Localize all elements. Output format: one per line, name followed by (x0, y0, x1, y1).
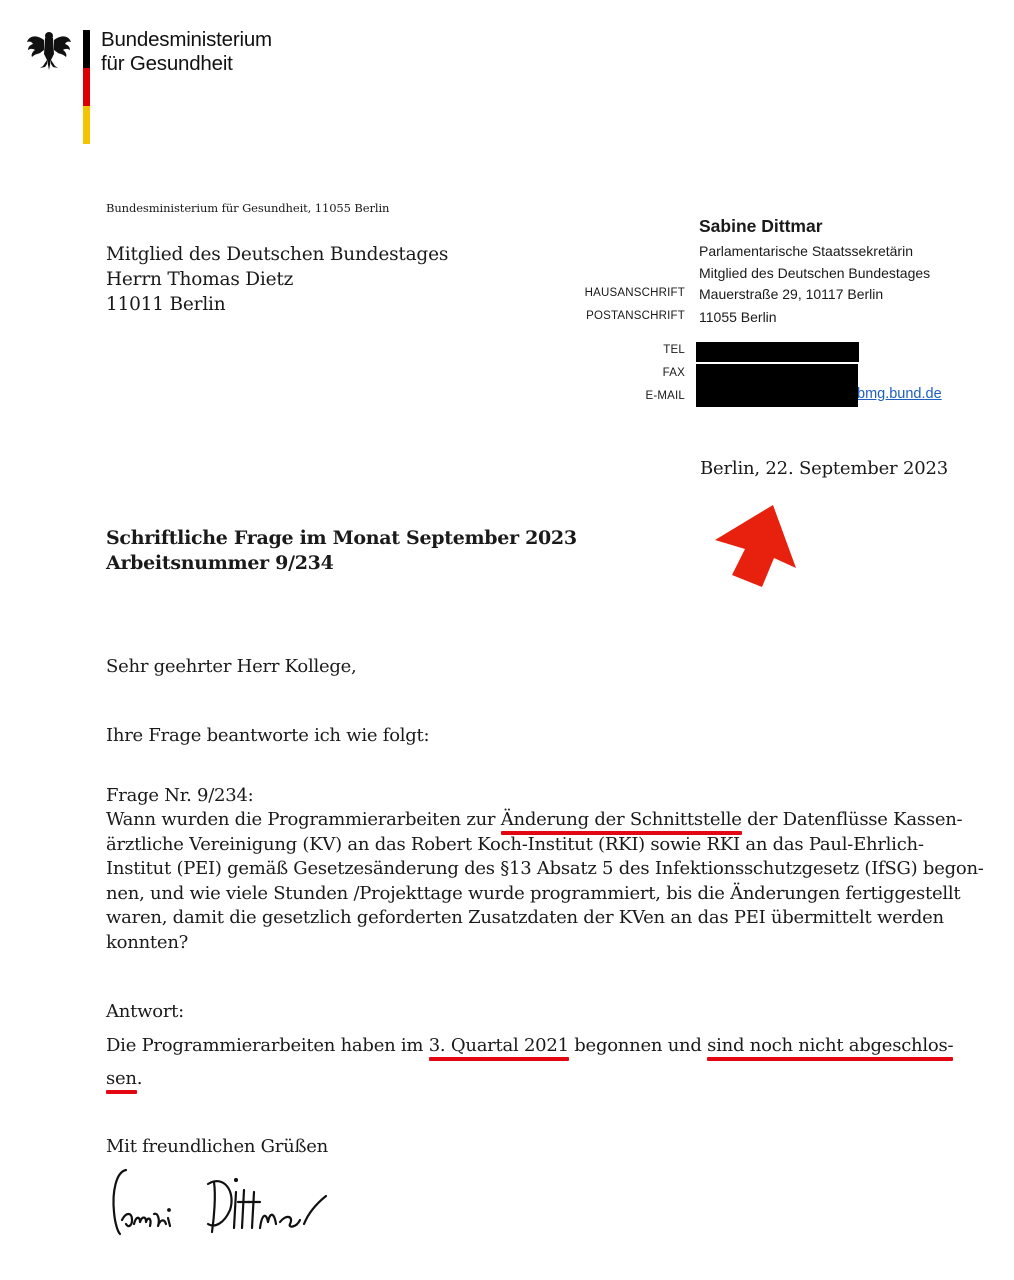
recipient-line: Herrn Thomas Dietz (106, 267, 448, 292)
answer-label: Antwort: (106, 1001, 184, 1022)
sender-name: Sabine Dittmar (699, 216, 823, 237)
text-run: Wann wurden die Programmierarbeiten zur (106, 809, 501, 830)
subject-line1: Schriftliche Frage im Monat September 20… (106, 526, 577, 551)
text-run: Die Programmierarbeiten haben im (106, 1035, 429, 1056)
question-line: Institut (PEI) gemäß Gesetzesänderung de… (106, 857, 976, 882)
tel-label: TEL (525, 344, 685, 356)
highlighted-phrase: 3. Quartal 2021 (429, 1035, 569, 1056)
postanschrift-value: 11055 Berlin (699, 307, 777, 327)
question-label: Frage Nr. 9/234: (106, 784, 253, 809)
intro-sentence: Ihre Frage beantworte ich wie folgt: (106, 725, 429, 746)
subject-line2: Arbeitsnummer 9/234 (106, 551, 577, 576)
hausanschrift-value: Mauerstraße 29, 10117 Berlin (699, 284, 883, 304)
redaction-box-fax-email (696, 364, 858, 407)
handwritten-signature-icon (104, 1162, 334, 1242)
federal-eagle-icon (26, 28, 72, 72)
email-link[interactable]: bmg.bund.de (857, 386, 942, 402)
question-line: Wann wurden die Programmierarbeiten zur … (106, 808, 976, 833)
question-line: nen, und wie viele Stunden /Projekttage … (106, 882, 976, 907)
answer-line: Die Programmierarbeiten haben im 3. Quar… (106, 1035, 953, 1056)
closing-phrase: Mit freundlichen Grüßen (106, 1136, 328, 1157)
letter-subject: Schriftliche Frage im Monat September 20… (106, 526, 577, 576)
question-line: ärztliche Vereinigung (KV) an das Robert… (106, 833, 976, 858)
redaction-box-tel (696, 342, 859, 362)
text-run: begonnen und (569, 1035, 707, 1056)
email-label: E-MAIL (525, 390, 685, 402)
highlighted-phrase: sen (106, 1068, 137, 1089)
recipient-line: 11011 Berlin (106, 292, 448, 317)
fax-label: FAX (525, 367, 685, 379)
recipient-line: Mitglied des Deutschen Bundestages (106, 242, 448, 267)
red-arrow-annotation-icon (712, 500, 802, 592)
sender-return-address: Bundesministerium für Gesundheit, 11055 … (106, 201, 389, 215)
text-run: . (137, 1068, 142, 1089)
question-line: konnten? (106, 931, 976, 956)
ministry-name-line2: für Gesundheit (101, 52, 272, 76)
ministry-name-line1: Bundesministerium (101, 28, 272, 52)
ministry-name: Bundesministerium für Gesundheit (101, 28, 272, 76)
question-text: Wann wurden die Programmierarbeiten zur … (106, 808, 976, 955)
highlighted-phrase: Änderung der Schnittstelle (501, 809, 742, 830)
recipient-address: Mitglied des Deutschen Bundestages Herrn… (106, 242, 448, 317)
text-run: der Datenflüsse Kassen- (742, 809, 963, 830)
question-line: waren, damit die gesetzlich geforderten … (106, 906, 976, 931)
german-flag-bar (83, 30, 90, 144)
salutation: Sehr geehrter Herr Kollege, (106, 656, 357, 677)
answer-line: sen. (106, 1068, 142, 1089)
highlighted-phrase: sind noch nicht abgeschlos- (707, 1035, 953, 1056)
sender-membership: Mitglied des Deutschen Bundestages (699, 263, 930, 283)
postanschrift-label: POSTANSCHRIFT (525, 310, 685, 322)
hausanschrift-label: HAUSANSCHRIFT (525, 287, 685, 299)
letter-date: Berlin, 22. September 2023 (700, 458, 948, 479)
sender-title: Parlamentarische Staatssekretärin (699, 241, 913, 261)
